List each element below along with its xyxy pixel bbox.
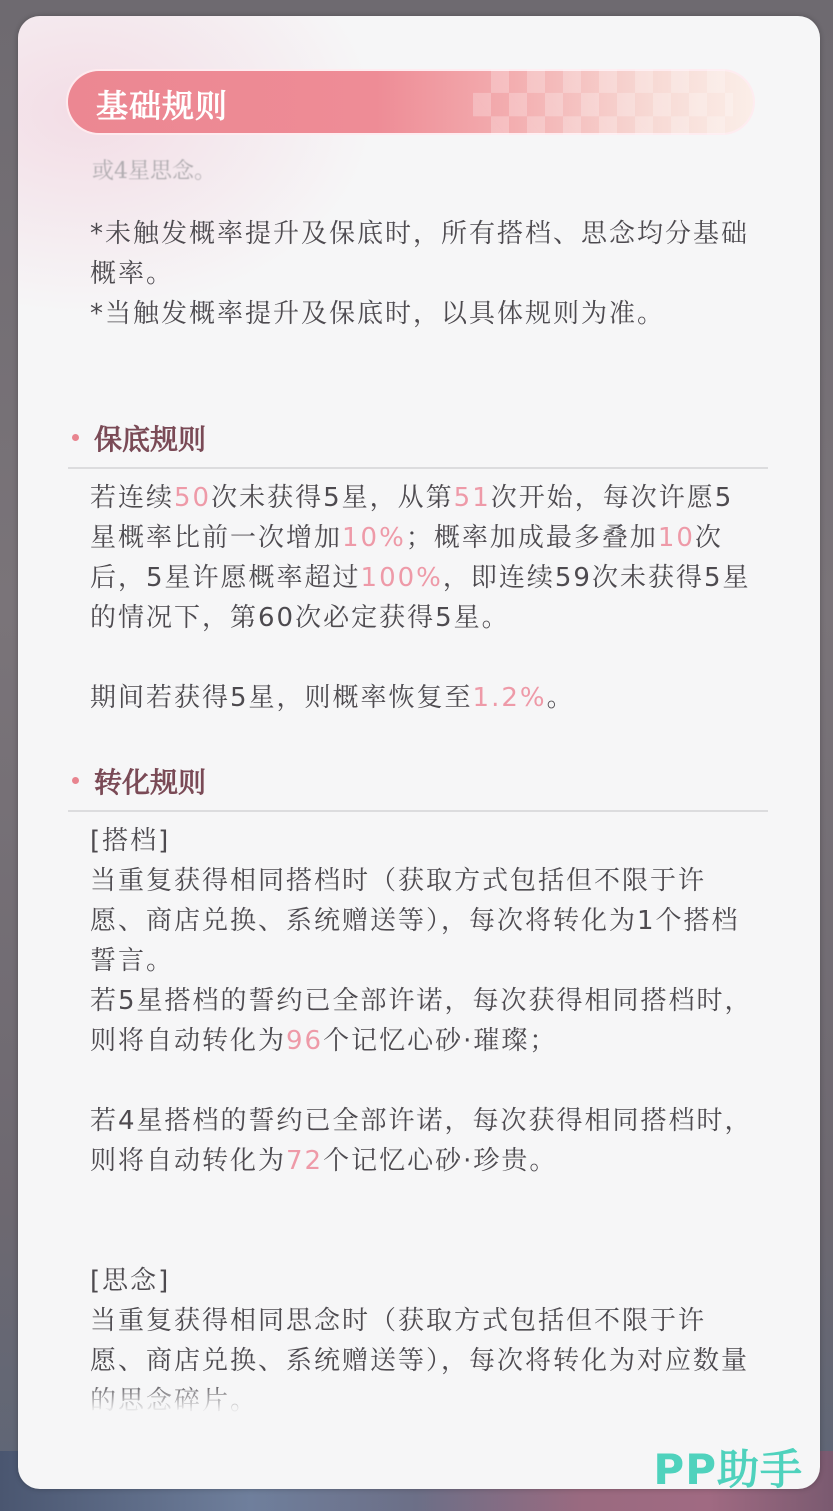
partner-rule-1: 当重复获得相同搭档时（获取方式包括但不限于许愿、商店兑换、系统赠送等），每次将转… [90, 861, 755, 981]
text: ；概率加成最多叠加 [406, 523, 658, 553]
scrolled-text-fragment: 或4星思念。 [92, 154, 216, 185]
memory-tag: [思念] [90, 1261, 755, 1301]
conversion-rules-title: 转化规则 [94, 761, 206, 801]
text: 期间若获得5星，则概率恢复至 [90, 683, 473, 713]
rules-panel[interactable]: 或4星思念。 基础规则 *未触发概率提升及保底时，所有搭档、思念均分基础概率。 … [18, 16, 820, 1489]
highlight-number: 50 [174, 483, 211, 513]
divider [68, 810, 768, 812]
partner-rule-2: 若5星搭档的誓约已全部许诺，每次获得相同搭档时，则将自动转化为96个记忆心砂·璀… [90, 981, 755, 1061]
section-banner-basic-rules: 基础规则 [68, 71, 753, 133]
text: 。 [547, 683, 575, 713]
highlight-number: 72 [286, 1146, 323, 1176]
text: 个记忆心砂·璀璨； [323, 1026, 557, 1056]
highlight-number: 96 [286, 1026, 323, 1056]
basic-rule-2: *当触发概率提升及保底时，以具体规则为准。 [90, 294, 755, 334]
divider [68, 467, 768, 469]
highlight-number: 51 [454, 483, 491, 513]
partner-rule-3: 若4星搭档的誓约已全部许诺，每次获得相同搭档时，则将自动转化为72个记忆心砂·珍… [90, 1101, 755, 1181]
basic-rule-1: *未触发概率提升及保底时，所有搭档、思念均分基础概率。 [90, 214, 755, 294]
highlight-number: 1.2% [473, 683, 547, 713]
diamond-pattern-icon [473, 70, 733, 135]
conversion-rules-header: 转化规则 [68, 761, 768, 801]
highlight-number: 10% [342, 523, 406, 553]
highlight-number: 100% [361, 563, 443, 593]
text: 次未获得5星，从第 [211, 483, 454, 513]
bullet-dot-icon [72, 434, 79, 441]
partner-tag: [搭档] [90, 821, 755, 861]
section-title: 基础规则 [96, 81, 228, 127]
pity-rule-paragraph-1: 若连续50次未获得5星，从第51次开始，每次许愿5星概率比前一次增加10%；概率… [90, 478, 755, 638]
bullet-dot-icon [72, 777, 79, 784]
pity-rules-title: 保底规则 [94, 418, 206, 458]
watermark-logo: PP助手 [653, 1437, 803, 1497]
text: 若连续 [90, 483, 174, 513]
text: 个记忆心砂·珍贵。 [323, 1146, 557, 1176]
pity-rules-header: 保底规则 [68, 418, 768, 458]
pity-rule-paragraph-2: 期间若获得5星，则概率恢复至1.2%。 [90, 678, 755, 718]
highlight-number: 10 [658, 523, 695, 553]
